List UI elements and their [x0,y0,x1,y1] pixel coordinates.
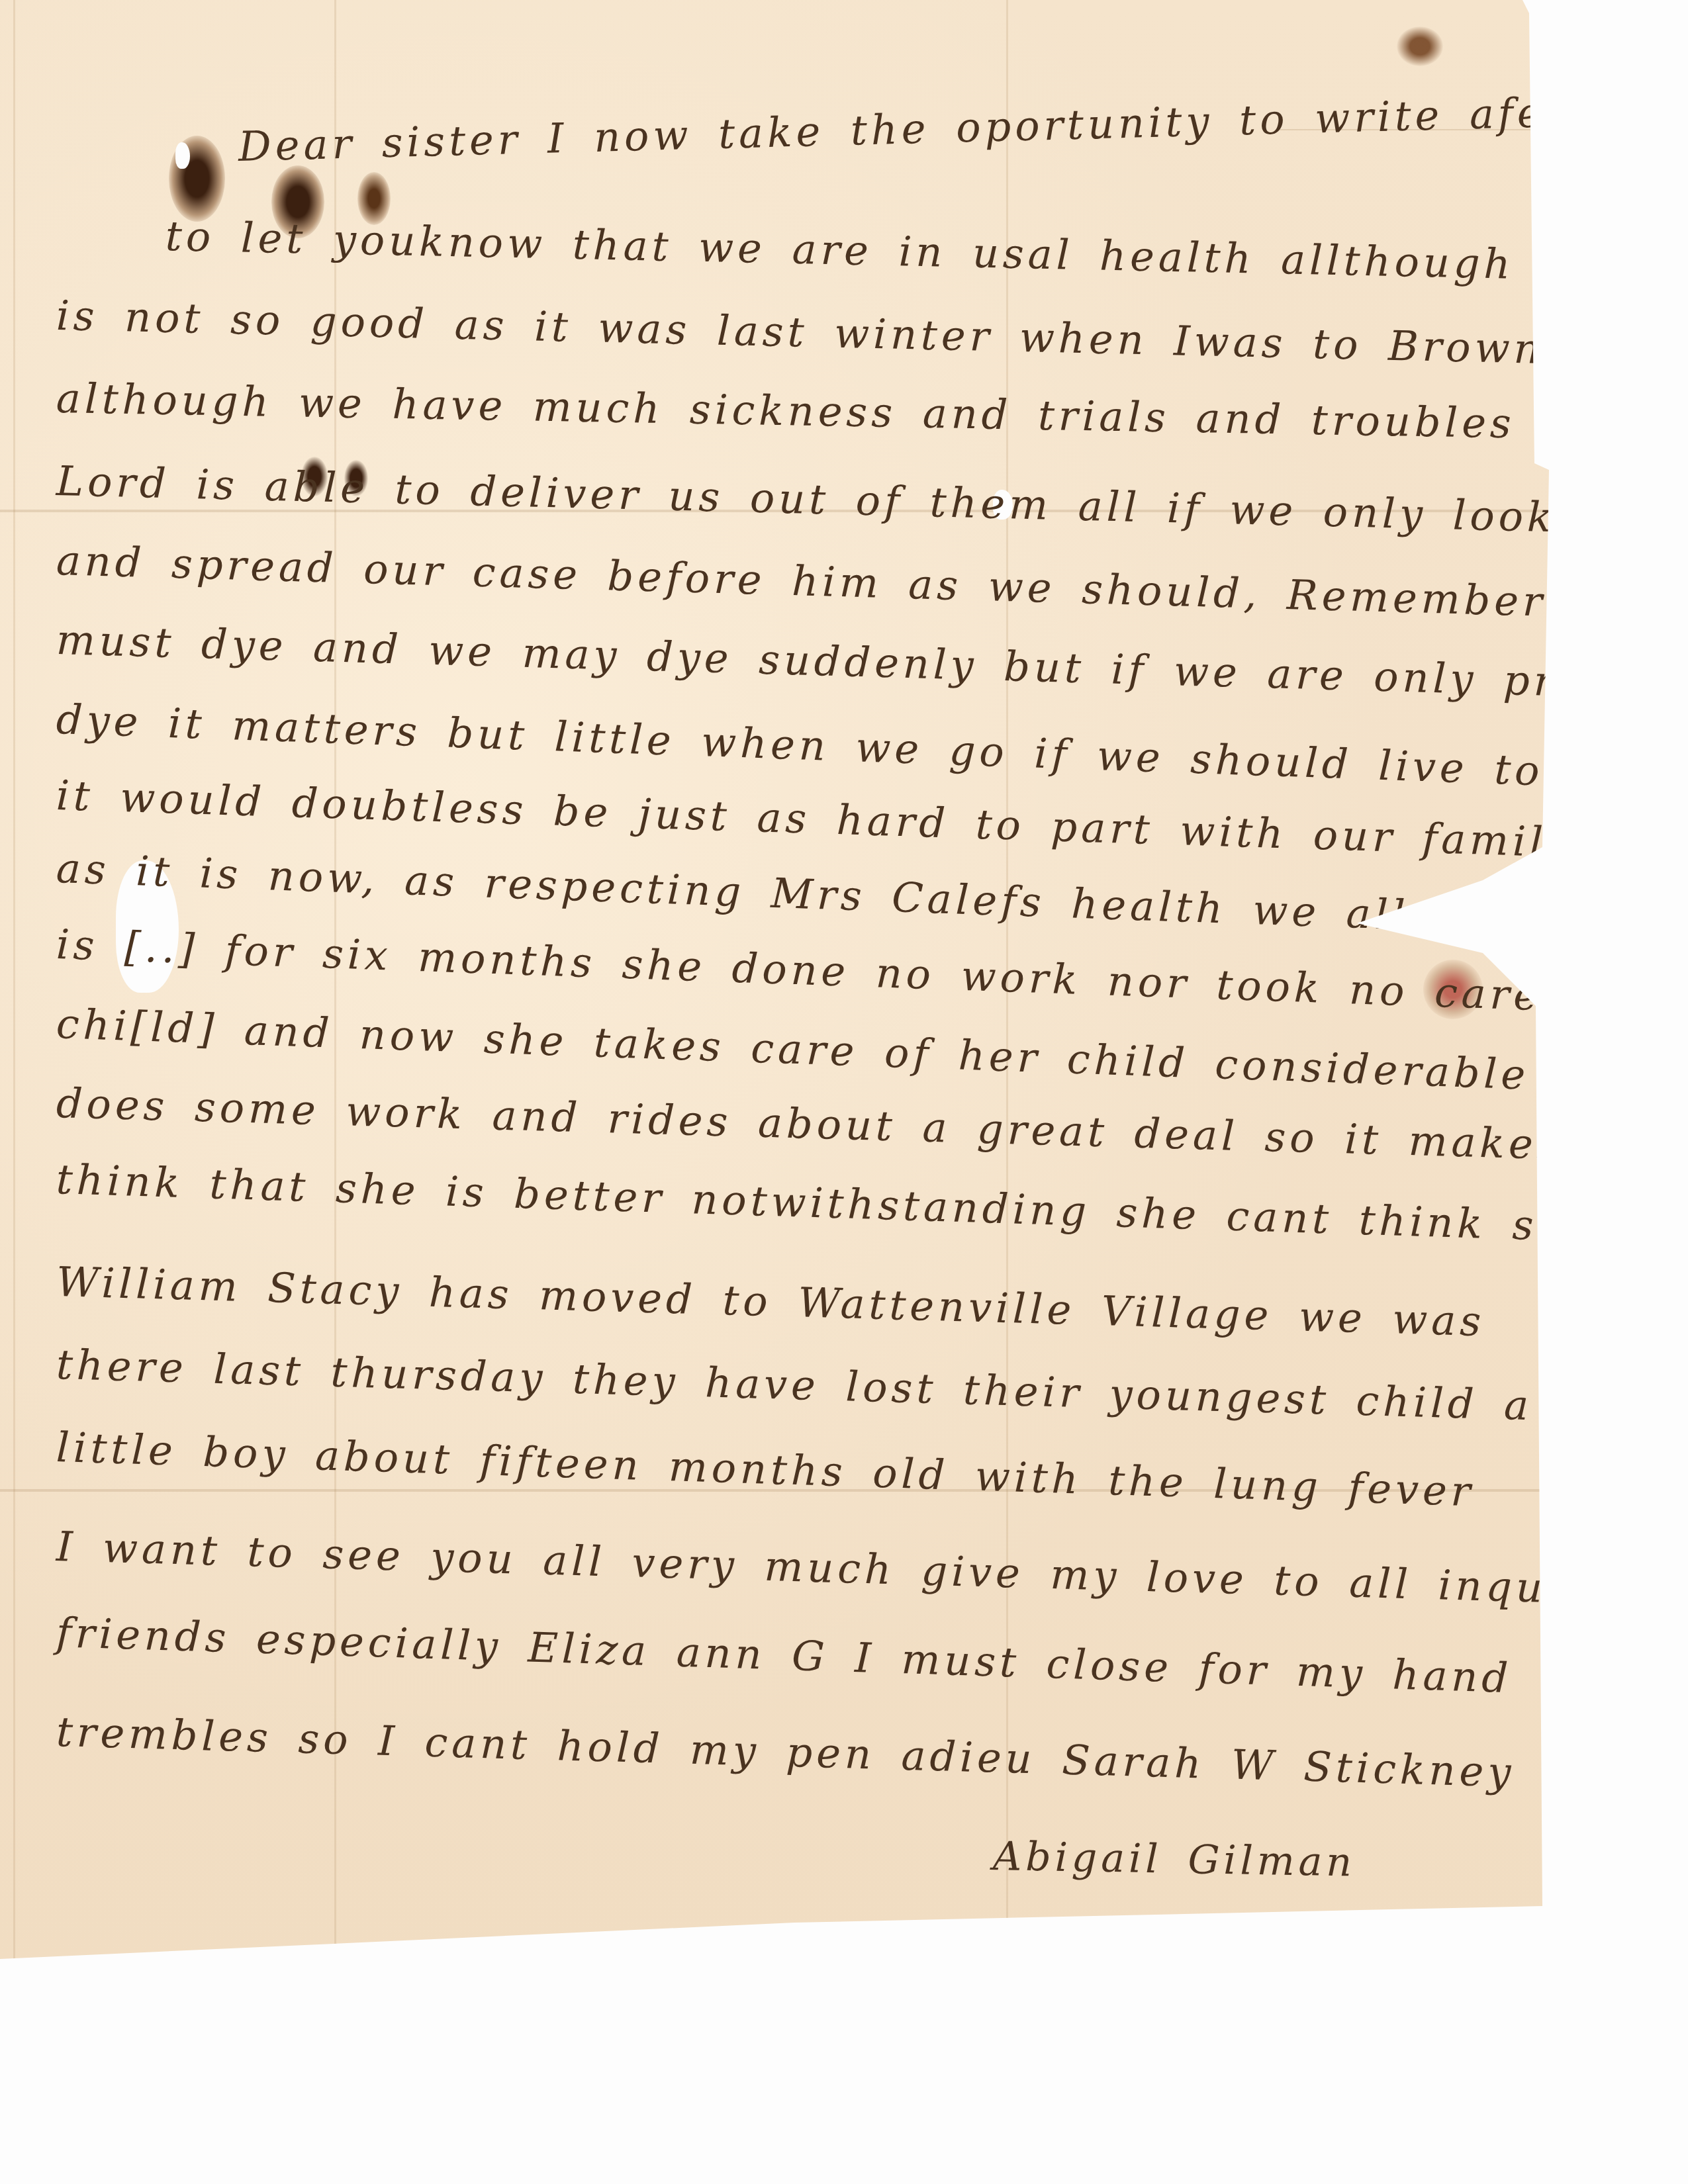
letter-line: and spread our case before him as we sho… [56,536,1688,635]
letter-line: trembles so I cant hold my pen adieu Sar… [56,1707,1515,1797]
fold-crease [13,0,15,1959]
letter-paper: Dear sister I now take the oportunity to… [0,0,1549,1959]
signature: Abigail Gilman [992,1833,1356,1886]
ink-stain [1397,26,1443,66]
letter-line: William Stacy has moved to Wattenville V… [56,1257,1485,1345]
paper-hole [175,142,190,169]
letter-line: think that she is better notwithstanding… [56,1155,1567,1251]
letter-line: I want to see you all very much give my … [56,1522,1665,1615]
letter-line: friends especially Eliza ann G I must cl… [56,1608,1513,1702]
letter-line: must dye and we may dye suddenly but if … [56,615,1688,713]
letter-line: little boy about fifteen months old with… [56,1423,1476,1516]
letter-line: is not so good as it was last winter whe… [56,291,1651,376]
letter-line: Lord is able to deliver us out of them a… [56,457,1688,546]
letter-line: there last thursday they have lost their… [56,1340,1533,1430]
letter-line: although we have much sickness and trial… [56,374,1688,454]
letter-line: to let youknow that we are in usal healt… [165,212,1688,294]
letter-line: Dear sister I now take the oportunity to… [238,83,1688,171]
